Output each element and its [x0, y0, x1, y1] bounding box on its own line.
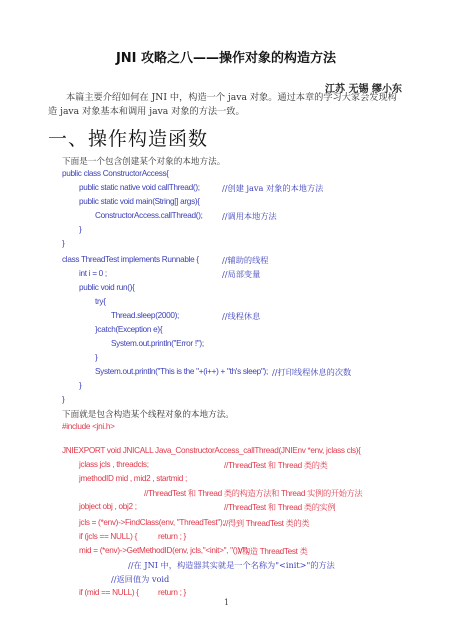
code-line: System.out.println("This is the "+(i++) …	[95, 367, 268, 376]
code-line: public static native void callThread();	[79, 183, 200, 192]
code-line: }	[95, 353, 97, 362]
code-line: jclass jcls , threadcls;	[79, 460, 149, 469]
code-line: public class ConstructorAccess{	[62, 169, 169, 178]
code-return: return ; }	[158, 588, 186, 597]
code-line: ConstructorAccess.callThread();	[95, 211, 203, 220]
code-comment: //创建 java 对象的本地方法	[222, 183, 323, 194]
code-comment: //打印线程休息的次数	[272, 367, 351, 378]
code-line: JNIEXPORT void JNICALL Java_ConstructorA…	[62, 446, 361, 455]
code-comment: //局部变量	[222, 269, 260, 280]
code-line: if (mid == NULL) {	[79, 588, 139, 597]
code-line: }	[62, 395, 64, 404]
code-line: jcls = (*env)->FindClass(env, "ThreadTes…	[79, 518, 224, 527]
intro-paragraph: 本篇主要介绍如何在 JNI 中，构造一个 java 对象。通过本章的学习大家会发…	[48, 91, 406, 119]
code-comment: //ThreadTest 和 Thread 类的实例	[224, 502, 335, 513]
code-line: }	[62, 239, 64, 248]
code-comment: //返回值为 void	[111, 574, 169, 585]
code-comment: //构造 ThreadTest 类	[238, 546, 308, 557]
code-line: mid = (*env)->GetMethodID(env, jcls,"<in…	[79, 546, 250, 555]
code-line: if (jcls == NULL) {	[79, 532, 137, 541]
code-line: jmethodID mid , mid2 , startmid ;	[79, 474, 187, 483]
page-number: 1	[224, 598, 229, 607]
code-line: jobject obj , obj2 ;	[79, 502, 137, 511]
code-return: return ; }	[158, 532, 186, 541]
code-line: }	[79, 225, 81, 234]
code-line: int i = 0 ;	[79, 269, 107, 278]
code-comment: //调用本地方法	[222, 211, 277, 222]
c-include-line: #include <jni.h>	[62, 422, 115, 431]
code-line: Thread.sleep(2000);	[111, 311, 179, 320]
code-line: class ThreadTest implements Runnable {	[62, 255, 199, 264]
code-line: public static void main(String[] args){	[79, 197, 200, 206]
code-line: }catch(Exception e){	[95, 325, 162, 334]
code-comment: //线程休息	[222, 311, 260, 322]
code-line: System.out.println("Error !");	[111, 339, 204, 348]
section-heading: 一、操作构造函数	[48, 124, 208, 151]
paragraph-1: 下面是一个包含创建某个对象的本地方法。	[62, 155, 225, 167]
document-title: JNI 攻略之八——操作对象的构造方法	[0, 47, 452, 66]
code-comment: //得到 ThreadTest 类的类	[224, 518, 309, 529]
code-line: public void run(){	[79, 283, 135, 292]
code-comment: //ThreadTest 和 Thread 类的构造方法和 Thread 实例的…	[144, 488, 362, 499]
code-line: try{	[95, 297, 106, 306]
code-line: }	[79, 381, 81, 390]
code-comment: //辅助的线程	[222, 255, 268, 266]
code-comment: //在 JNI 中，构造器其实就是一个名称为"<init>"的方法	[128, 560, 335, 571]
paragraph-2: 下面就是包含构造某个线程对象的本地方法。	[62, 408, 234, 420]
code-comment: //ThreadTest 和 Thread 类的类	[224, 460, 328, 471]
